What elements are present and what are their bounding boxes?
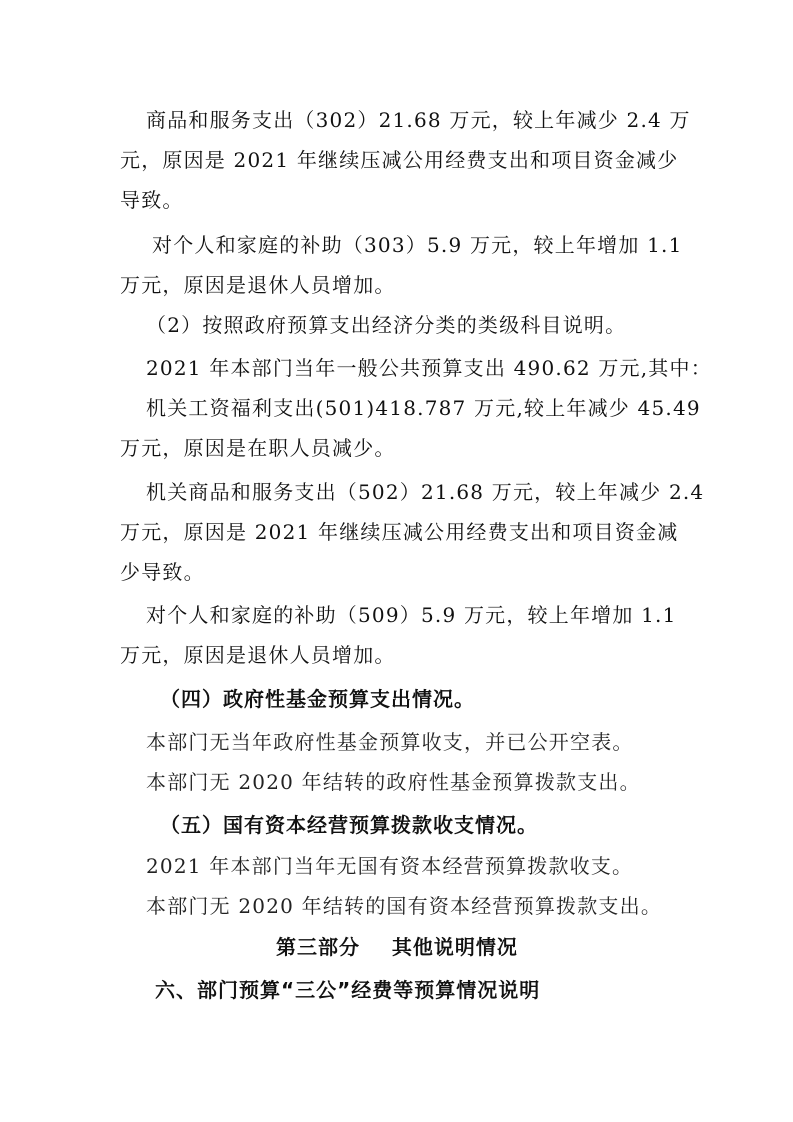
section-heading: （四）政府性基金预算支出情况。	[160, 687, 475, 711]
section-heading: 六、部门预算“三公”经费等预算情况说明	[155, 978, 540, 1002]
paragraph-line: 机关商品和服务支出（502）21.68 万元，较上年减少 2.4	[146, 480, 704, 504]
part-title: 第三部分 其他说明情况	[276, 935, 518, 959]
section-heading: （五）国有资本经营预算拨款收支情况。	[160, 813, 538, 837]
paragraph-line: （2）按照政府预算支出经济分类的类级科目说明。	[146, 313, 626, 337]
paragraph-line: 2021 年本部门当年无国有资本经营预算拨款收支。	[146, 854, 633, 878]
paragraph-line: 商品和服务支出（302）21.68 万元，较上年减少 2.4 万	[146, 108, 691, 132]
paragraph-line: 对个人和家庭的补助（303）5.9 万元，较上年增加 1.1	[152, 233, 683, 257]
paragraph-line: 万元，原因是退休人员增加。	[120, 643, 396, 667]
paragraph-line: 本部门无 2020 年结转的国有资本经营预算拨款支出。	[146, 894, 662, 918]
paragraph-line: 万元，原因是 2021 年继续压减公用经费支出和项目资金减	[120, 520, 678, 544]
paragraph-line: 对个人和家庭的补助（509）5.9 万元，较上年增加 1.1	[146, 603, 677, 627]
paragraph-line: 导致。	[120, 188, 184, 212]
paragraph-line: 本部门无当年政府性基金预算收支，并已公开空表。	[146, 730, 634, 754]
paragraph-line: 元，原因是 2021 年继续压减公用经费支出和项目资金减少	[120, 148, 678, 172]
paragraph-line: 万元，原因是退休人员增加。	[120, 273, 396, 297]
paragraph-line: 2021 年本部门当年一般公共预算支出 490.62 万元,其中：	[146, 356, 712, 380]
paragraph-line: 万元，原因是在职人员减少。	[120, 436, 396, 460]
paragraph-line: 机关工资福利支出(501)418.787 万元,较上年减少 45.49	[146, 396, 701, 420]
paragraph-line: 少导致。	[120, 560, 205, 584]
paragraph-line: 本部门无 2020 年结转的政府性基金预算拨款支出。	[146, 770, 641, 794]
